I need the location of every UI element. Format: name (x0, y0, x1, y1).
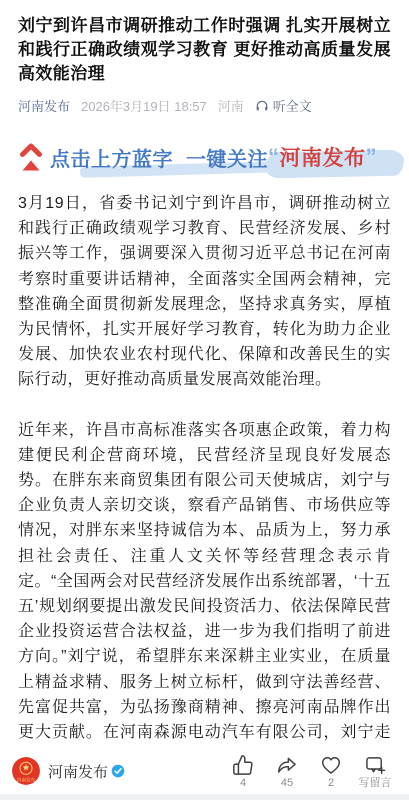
action-buttons: 4 45 2 写留言 (221, 754, 397, 789)
thumbs-up-icon (232, 754, 254, 776)
svg-text:河南发布: 河南发布 (17, 776, 36, 783)
banner-text-follow: 一键关注 (186, 143, 268, 172)
heart-button[interactable]: 2 (309, 754, 353, 789)
banner-text-prefix: 点击上方蓝字 (50, 143, 173, 172)
paragraph-1: 3月19日，省委书记刘宁到许昌市，调研推动树立和践行正确政绩观学习教育、民营经济… (18, 191, 391, 393)
verified-badge-icon (111, 764, 125, 778)
follow-banner[interactable]: 点击上方蓝字 一键关注 “ 河南发布 ” (18, 131, 391, 183)
article-page: 刘宁到许昌市调研推动工作时强调 扎实开展树立和践行正确政绩观学习教育 更好推动高… (0, 0, 409, 800)
banner-brand-name: 河南发布 (280, 142, 366, 172)
page-bottom-divider (0, 794, 409, 800)
banner-open-quote: “ (268, 144, 280, 170)
headphone-icon (255, 99, 269, 113)
comment-plus-icon (364, 754, 386, 776)
article-meta: 河南发布 2026年3月19日 18:57 河南 听全文 (18, 96, 391, 115)
forward-arrow-icon (276, 754, 298, 776)
like-button[interactable]: 4 (221, 754, 265, 789)
heart-icon (320, 754, 342, 776)
share-count: 45 (281, 777, 293, 789)
double-chevron-up-icon (18, 141, 44, 173)
publish-date: 2026年3月19日 18:57 (81, 96, 207, 115)
article-title: 刘宁到许昌市调研推动工作时强调 扎实开展树立和践行正确政绩观学习教育 更好推动高… (18, 14, 391, 86)
listen-button[interactable]: 听全文 (255, 96, 312, 115)
footer-account-name[interactable]: 河南发布 (48, 761, 108, 782)
action-bar: 河南发布 河南发布 4 45 (0, 748, 409, 794)
heart-count: 2 (328, 777, 334, 789)
account-link[interactable]: 河南发布 (18, 96, 70, 115)
comment-label: 写留言 (359, 777, 392, 789)
comment-button[interactable]: 写留言 (353, 754, 397, 789)
share-button[interactable]: 45 (265, 754, 309, 789)
banner-close-quote: ” (366, 144, 378, 170)
publish-location: 河南 (218, 96, 244, 115)
article-body: 3月19日，省委书记刘宁到许昌市，调研推动树立和践行正确政绩观学习教育、民营经济… (18, 191, 391, 770)
henan-fabu-logo[interactable]: 河南发布 (12, 757, 40, 785)
paragraph-2: 近年来，许昌市高标准落实各项惠企政策，着力构建便民利企营商环境，民营经济呈现良好… (18, 418, 391, 771)
like-count: 4 (240, 777, 246, 789)
listen-label: 听全文 (273, 96, 312, 115)
